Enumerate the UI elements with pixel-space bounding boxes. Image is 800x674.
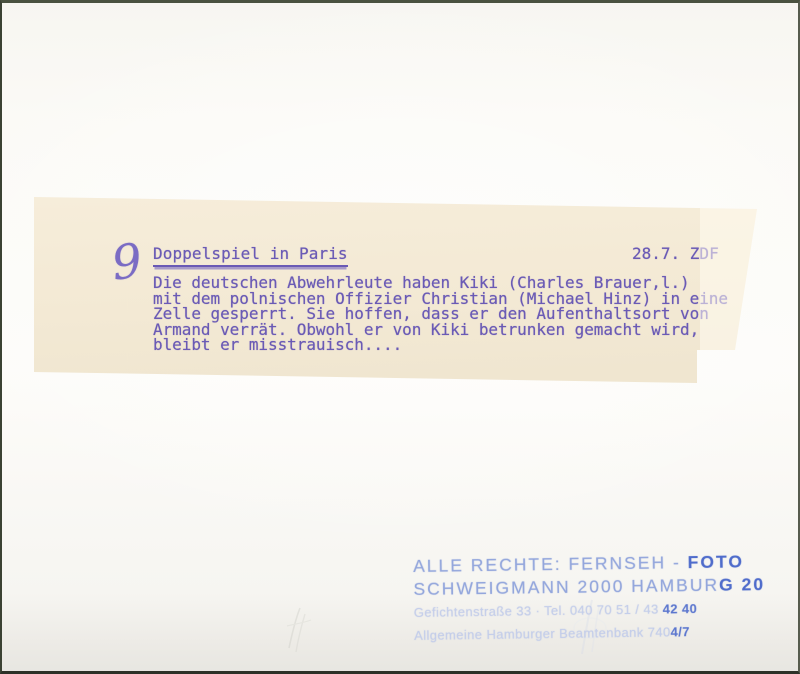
stamp-line1-bold: FOTO <box>688 551 745 572</box>
stamp-line4-text: Allgemeine Hamburger Beamtenbank 740 <box>414 624 671 643</box>
stamp-line1-text: ALLE RECHTE: FERNSEH - <box>413 552 688 576</box>
stamp-line-address: Gefichtenstraße 33 · Tel. 040 70 51 / 43… <box>414 596 744 624</box>
photo-back: 9 Doppelspiel in Paris 28.7. ZDF Die deu… <box>0 0 800 674</box>
stamp-line2-bold: G 20 <box>719 574 765 595</box>
stamp-line4-bold: 4/7 <box>670 624 689 639</box>
rights-stamp: ALLE RECHTE: FERNSEH - FOTO SCHWEIGMANN … <box>413 550 744 647</box>
caption-strip: 9 Doppelspiel in Paris 28.7. ZDF Die deu… <box>34 195 760 391</box>
caption-title: Doppelspiel in Paris <box>153 244 348 267</box>
stamp-line-bank: Allgemeine Hamburger Beamtenbank 7404/7 <box>414 619 744 647</box>
caption-date-channel: 28.7. ZDF <box>632 244 719 263</box>
handwritten-number: 9 <box>109 233 145 291</box>
stamp-line3-text: Gefichtenstraße 33 · Tel. 040 70 51 / 43 <box>414 602 663 620</box>
faint-pencil-mark <box>283 604 317 660</box>
stamp-line3-bold: 42 40 <box>663 601 698 616</box>
caption-body: Die deutschen Abwehrleute haben Kiki (Ch… <box>153 275 728 353</box>
stamp-line2-text: SCHWEIGMANN 2000 HAMBUR <box>413 575 719 599</box>
